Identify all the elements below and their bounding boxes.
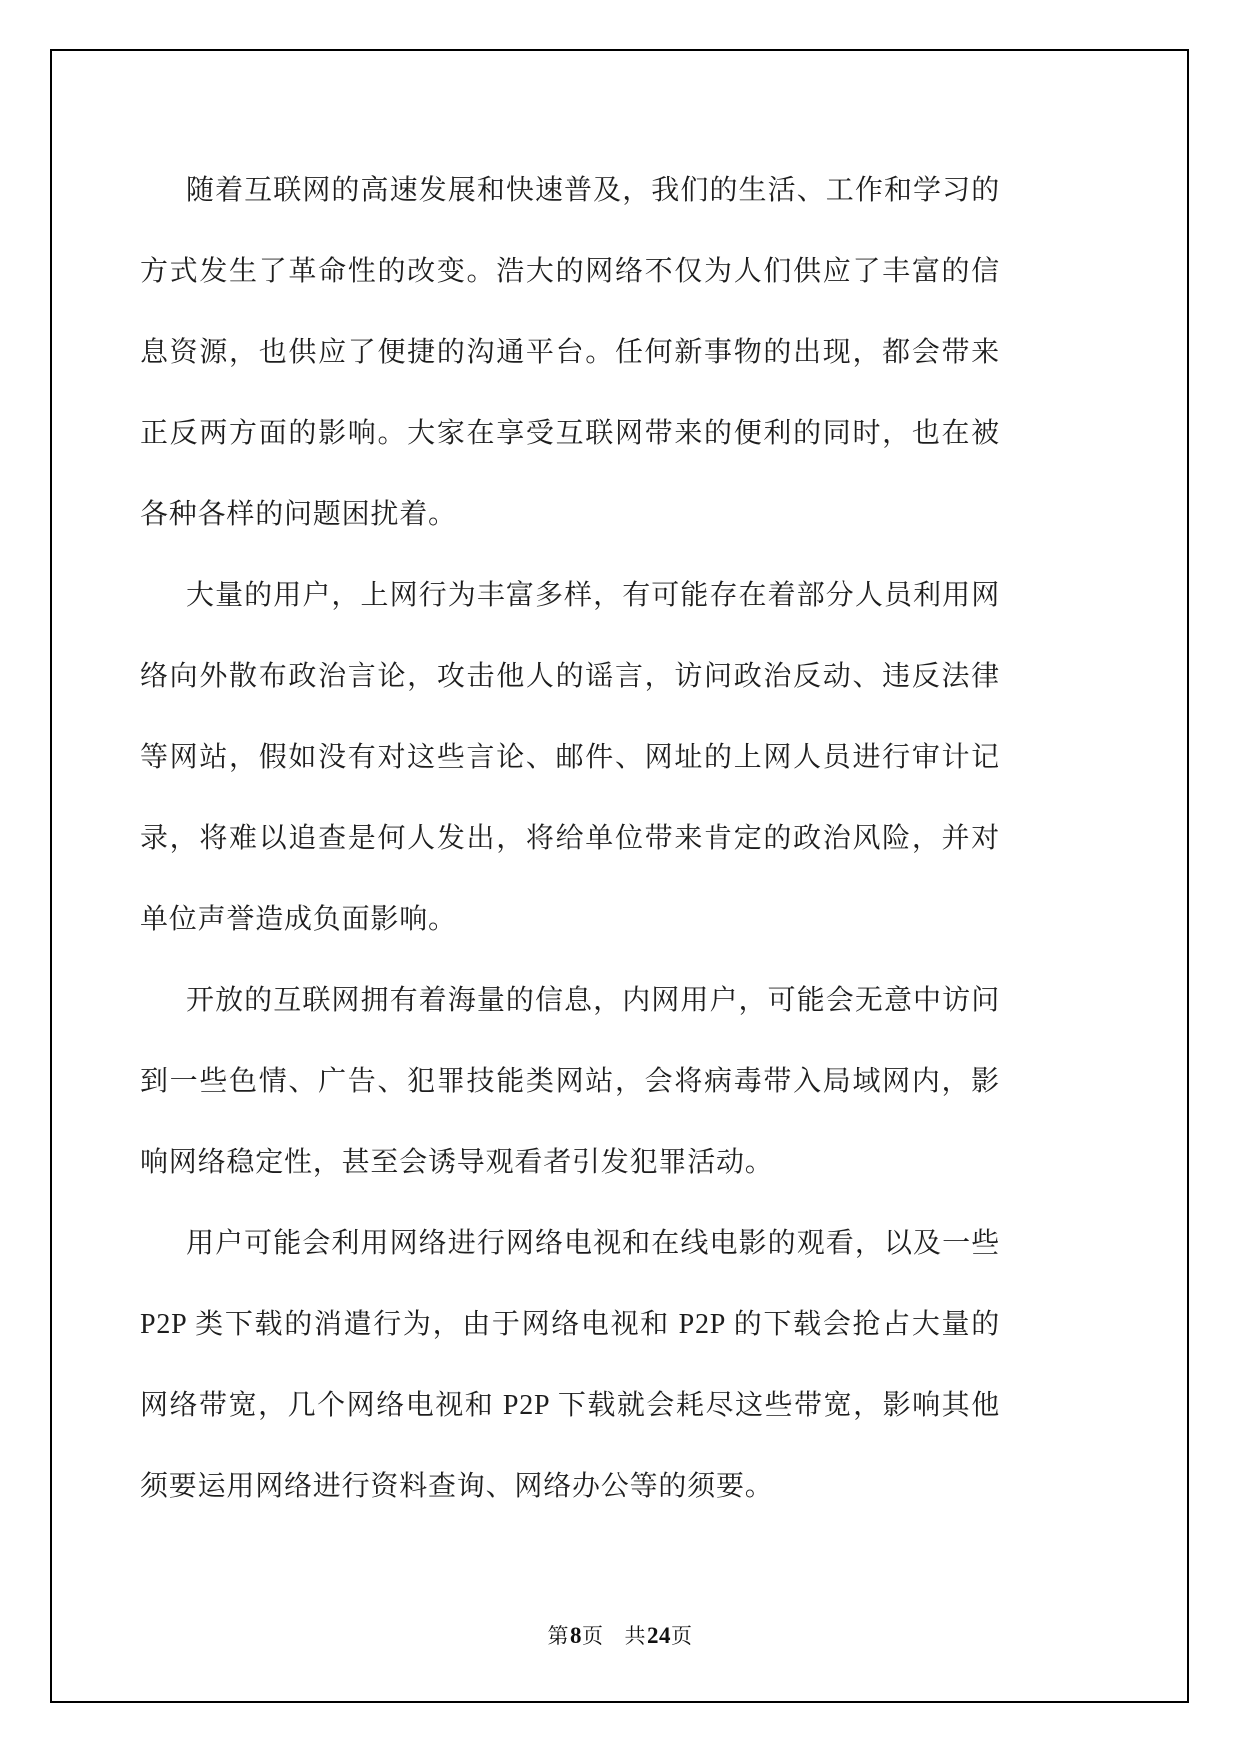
footer-total-label-prefix: 共 (625, 1624, 648, 1648)
footer-total-number: 24 (647, 1623, 671, 1648)
body-paragraph: 大量的用户，上网行为丰富多样，有可能存在着部分人员利用网络向外散布政治言论，攻击… (140, 555, 1000, 960)
footer-total-label-suffix: 页 (671, 1624, 694, 1648)
footer-page-number: 8 (570, 1623, 582, 1648)
page-footer: 第8页共24页 (0, 1620, 1241, 1650)
footer-page-label-suffix: 页 (582, 1624, 605, 1648)
body-paragraph: 用户可能会利用网络进行网络电视和在线电影的观看，以及一些 P2P 类下载的消遣行… (140, 1203, 1000, 1527)
document-body: 随着互联网的高速发展和快速普及，我们的生活、工作和学习的方式发生了革命性的改变。… (140, 150, 1000, 1527)
footer-page-label-prefix: 第 (548, 1624, 571, 1648)
body-paragraph: 随着互联网的高速发展和快速普及，我们的生活、工作和学习的方式发生了革命性的改变。… (140, 150, 1000, 555)
body-paragraph: 开放的互联网拥有着海量的信息，内网用户，可能会无意中访问到一些色情、广告、犯罪技… (140, 960, 1000, 1203)
